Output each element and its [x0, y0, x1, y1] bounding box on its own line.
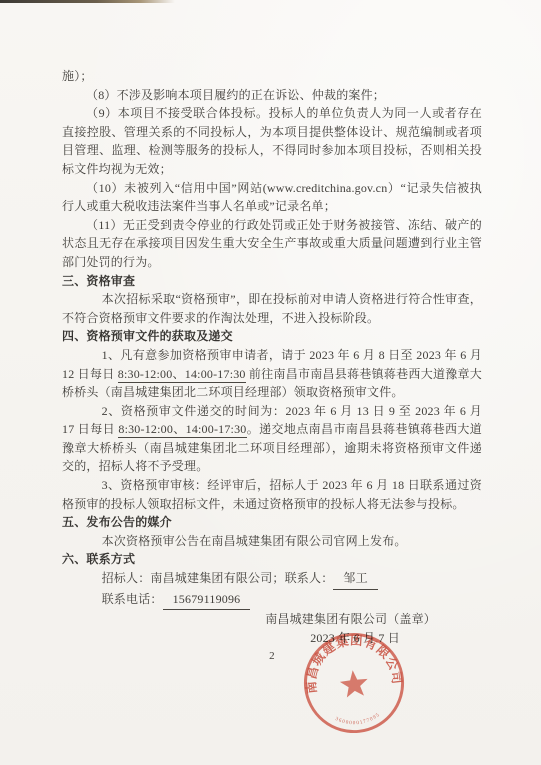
section3-heading: 三、资格审查 — [62, 272, 482, 291]
para1-underlined-hours: 8:30-12:00、14:00-17:30 — [118, 367, 246, 383]
clause-8: （8）不涉及影响本项目履约的正在诉讼、仲裁的案件； — [62, 86, 482, 105]
signature-company-line: 南昌城建集团有限公司（盖章） — [62, 610, 482, 629]
section4-para2: 2、资格预审文件递交的时间为：2023 年 6 月 13 日 9 至 2023 … — [62, 402, 482, 476]
clause-11: （11）无正受到责令停业的行政处罚或正处于财务被接管、冻结、破产的状态且无存在承… — [62, 216, 482, 272]
phone-number: 15679119096 — [163, 590, 251, 611]
contact-line: 招标人：南昌城建集团有限公司；联系人：邹工 — [62, 569, 482, 590]
clause-9: （9）本项目不接受联合体投标。投标人的单位负责人为同一人或者存在直接控股、管理关… — [62, 104, 482, 178]
document-body: 施）； （8）不涉及影响本项目履约的正在诉讼、仲裁的案件； （9）本项目不接受联… — [62, 67, 482, 666]
star-icon — [339, 669, 369, 698]
contact-line-label: 招标人：南昌城建集团有限公司；联系人： — [102, 571, 334, 585]
document-page: 施）； （8）不涉及影响本项目履约的正在诉讼、仲裁的案件； （9）本项目不接受联… — [0, 0, 541, 765]
para2-underlined-hours: 8:30-12:00、14:00-17:30 — [118, 422, 246, 438]
signature-date-line: 2023 年 6 月 7 日 — [62, 629, 482, 648]
phone-label: 联系电话： — [102, 592, 163, 606]
page-number: 2 — [62, 647, 482, 666]
contact-name: 邹工 — [333, 569, 377, 590]
section3-body: 本次招标采取“资格预审”，即在投标前对申请人资格进行符合性审查，不符合资格预审文… — [62, 290, 482, 327]
phone-line: 联系电话：15679119096 — [62, 590, 482, 611]
section5-body: 本次资格预审公告在南昌城建集团有限公司官网上发布。 — [62, 532, 482, 551]
section4-heading: 四、资格预审文件的获取及递交 — [62, 327, 482, 346]
lead-fragment: 施）； — [62, 67, 482, 86]
section4-para1: 1、凡有意参加资格预审申请者，请于 2023 年 6 月 8 日至 2023 年… — [62, 346, 482, 402]
section6-heading: 六、联系方式 — [62, 550, 482, 569]
clause-10: （10）未被列入“信用中国”网站(www.creditchina.gov.cn）… — [62, 179, 482, 216]
section4-para3: 3、资格预审审核：经评审后，招标人于 2023 年 6 月 18 日联系通过资格… — [62, 476, 482, 513]
section5-heading: 五、发布公告的媒介 — [62, 513, 482, 532]
scan-edge-artifact — [0, 0, 175, 3]
company-seal: 南昌城建集团有限公司 3600000177095 — [294, 623, 415, 744]
